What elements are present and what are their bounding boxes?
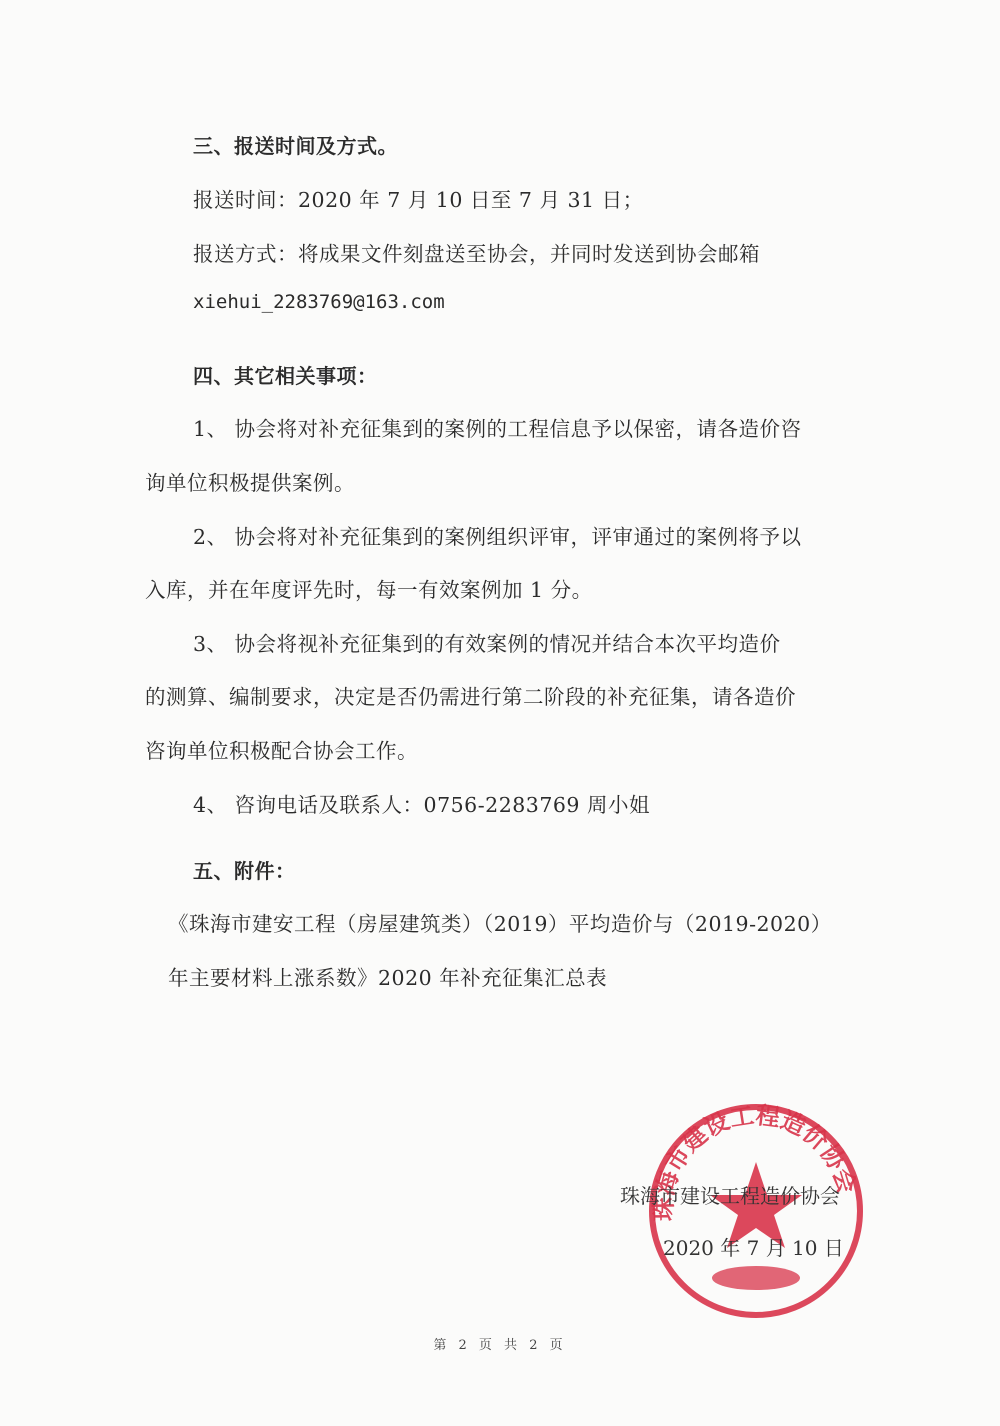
section-5-heading: 五、附件： (193, 855, 296, 884)
email-address: xiehui_2283769@163.com (193, 291, 445, 313)
item-4-contact: 4、 咨询电话及联系人：0756-2283769 周小姐 (193, 788, 650, 818)
official-seal-icon: 珠海市建设工程造价协会 (645, 1100, 867, 1322)
item-2-line-1: 2、 协会将对补充征集到的案例组织评审，评审通过的案例将予以 (193, 520, 802, 550)
signature-date: 2020 年 7 月 10 日 (663, 1232, 844, 1261)
item-3-line-1: 3、 协会将视补充征集到的有效案例的情况并结合本次平均造价 (193, 627, 781, 657)
page-number: 第 2 页 共 2 页 (0, 1334, 1000, 1353)
item-1-line-2: 询单位积极提供案例。 (145, 466, 355, 496)
attachment-line-2: 年主要材料上涨系数》2020 年补充征集汇总表 (168, 961, 607, 991)
attachment-line-1: 《珠海市建安工程（房屋建筑类）（2019）平均造价与（2019-2020） (168, 907, 832, 937)
submission-time: 报送时间：2020 年 7 月 10 日至 7 月 31 日； (193, 183, 644, 213)
submission-method: 报送方式：将成果文件刻盘送至协会，并同时发送到协会邮箱 (193, 237, 760, 267)
item-3-line-3: 咨询单位积极配合协会工作。 (145, 734, 418, 764)
section-4-heading: 四、其它相关事项： (193, 360, 378, 389)
item-3-line-2: 的测算、编制要求，决定是否仍需进行第二阶段的补充征集，请各造价 (145, 680, 796, 710)
item-2-line-2: 入库，并在年度评先时，每一有效案例加 1 分。 (145, 573, 593, 603)
item-1-line-1: 1、 协会将对补充征集到的案例的工程信息予以保密，请各造价咨 (193, 412, 802, 442)
section-3-heading: 三、报送时间及方式。 (193, 130, 398, 159)
signature-organization: 珠海市建设工程造价协会 (620, 1180, 840, 1209)
